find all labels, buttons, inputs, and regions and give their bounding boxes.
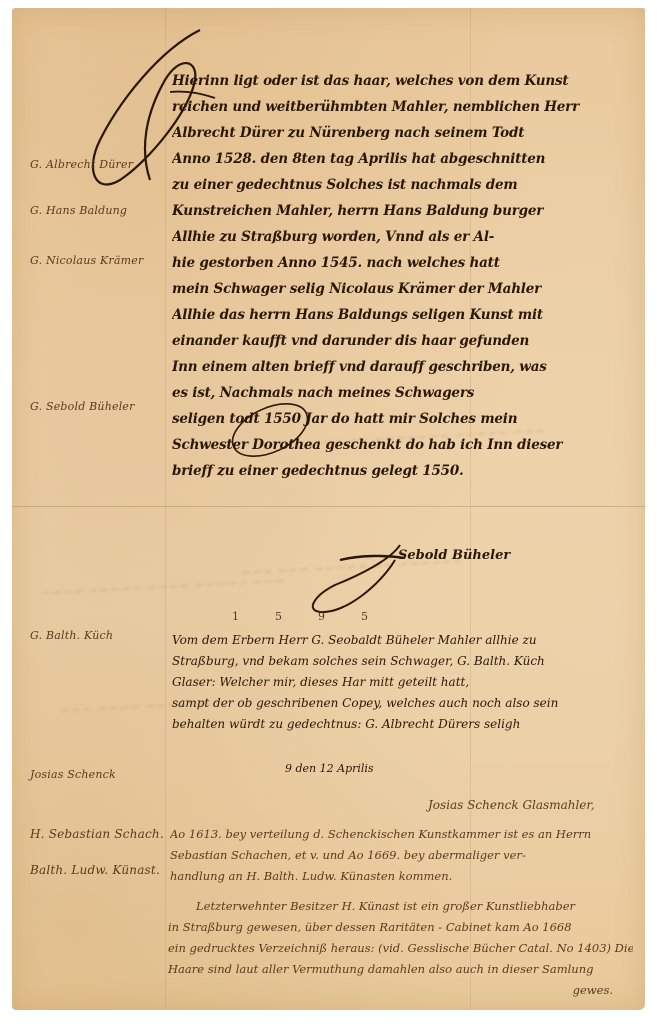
signature: Josias Schenck Glasmahler, xyxy=(428,798,595,812)
numerals-row: 1595 xyxy=(232,610,404,623)
second-entry-text: Vom dem Erbern Herr G. Seobaldt Büheler … xyxy=(172,630,632,735)
text-line: hie gestorben Anno 1545. nach welches ha… xyxy=(172,250,622,276)
signature-flourish-icon xyxy=(300,540,410,620)
margin-note: G. Nicolaus Krämer xyxy=(30,254,143,267)
text-line: Kunstreichen Mahler, herrn Hans Baldung … xyxy=(172,198,622,224)
text-line: Glaser: Welcher mir, dieses Har mitt get… xyxy=(172,672,632,693)
text-line: Allhie zu Straßburg worden, Vnnd als er … xyxy=(172,224,622,250)
text-line: Anno 1528. den 8ten tag Aprilis hat abge… xyxy=(172,146,622,172)
text-line: Albrecht Dürer zu Nürenberg nach seinem … xyxy=(172,120,622,146)
text-line: behalten würdt zu gedechtnus: G. Albrech… xyxy=(172,714,632,735)
text-line: Allhie das herrn Hans Baldungs seligen K… xyxy=(172,302,622,328)
text-line: gewes. xyxy=(168,980,633,1001)
margin-note: G. Balth. Küch xyxy=(30,629,113,642)
signature: Sebold Büheler xyxy=(398,548,510,563)
text-line: Vom dem Erbern Herr G. Seobaldt Büheler … xyxy=(172,630,632,651)
margin-note: H. Sebastian Schach. xyxy=(30,827,164,841)
margin-note: Balth. Ludw. Künast. xyxy=(30,863,160,877)
third-entry-text: Ao 1613. bey verteilung d. Schenckischen… xyxy=(170,824,635,887)
margin-note: G. Hans Baldung xyxy=(30,204,127,217)
fourth-entry-text: Letzterwehnter Besitzer H. Künast ist ei… xyxy=(168,896,633,1001)
text-line: Sebastian Schachen, et v. und Ao 1669. b… xyxy=(170,845,635,866)
date-line: 9 den 12 Aprilis xyxy=(285,762,374,775)
text-line: Letzterwehnter Besitzer H. Künast ist ei… xyxy=(168,896,633,917)
fold-line-horizontal xyxy=(12,506,645,507)
text-line: handlung an H. Balth. Ludw. Künasten kom… xyxy=(170,866,635,887)
text-line: Ao 1613. bey verteilung d. Schenckischen… xyxy=(170,824,635,845)
margin-note: G. Albrecht Dürer xyxy=(30,158,133,171)
text-line: Inn einem alten brieff vnd darauff gesch… xyxy=(172,354,622,380)
text-line: zu einer gedechtnus Solches ist nachmals… xyxy=(172,172,622,198)
ink-oval-mark-icon xyxy=(220,395,320,465)
text-line: Straßburg, vnd bekam solches sein Schwag… xyxy=(172,651,632,672)
text-line: ein gedrucktes Verzeichniß heraus: (vid.… xyxy=(168,938,633,959)
text-line: Hierinn ligt oder ist das haar, welches … xyxy=(172,68,622,94)
text-line: in Straßburg gewesen, über dessen Raritä… xyxy=(168,917,633,938)
text-line: mein Schwager selig Nicolaus Krämer der … xyxy=(172,276,622,302)
text-line: sampt der ob geschribenen Copey, welches… xyxy=(172,693,632,714)
text-line: reichen und weitberühmbten Mahler, nembl… xyxy=(172,94,622,120)
margin-note: Josias Schenck xyxy=(30,768,116,781)
text-line: einander kaufft vnd darunder dis haar ge… xyxy=(172,328,622,354)
margin-note: G. Sebold Büheler xyxy=(30,400,135,413)
text-line: Haare sind laut aller Vermuthung damahle… xyxy=(168,959,633,980)
